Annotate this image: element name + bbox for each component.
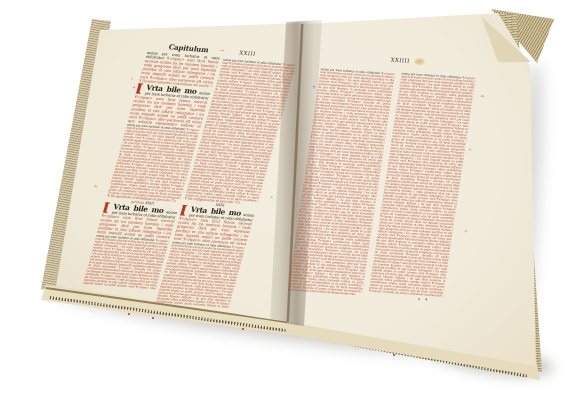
rubrication-speck [128,313,130,315]
body-text-block: anima per iram turbatur et ratio obfuſca… [83,234,170,290]
lombard-initial: I [101,202,113,214]
lombard-initial: I [178,205,190,217]
margin-annotation: .n. [468,148,472,151]
chapter-opening: IVrta bile mo anima per iram turbatur et… [127,83,211,129]
photo-open-incunabulum: Capitulum ~ XXIII anima per iram turbatu… [0,0,570,408]
margin-annotation: .o. [464,230,468,233]
chapter-number: XXIIII [390,57,410,65]
margin-annotation: .b. [93,185,98,188]
body-text-block: anima per iram turbatur et ratio obfuſca… [154,241,246,309]
rubrication-speck [152,317,154,319]
right-page-text: XXIIII anima per iram turbatur et ratio … [255,26,516,333]
chapter-opening: IVrta bile mo anima per iram turbatur et… [173,205,256,247]
margin-annotation: ¶ [313,86,315,89]
margin-annotation: .a. [132,86,137,89]
margin-annotation: i. [131,78,134,81]
rubrication-speck [393,354,395,356]
rubric-flourish: ~ [219,47,225,53]
margin-annotation: .m. [480,95,485,98]
chapter-number: XXIII [238,49,256,57]
